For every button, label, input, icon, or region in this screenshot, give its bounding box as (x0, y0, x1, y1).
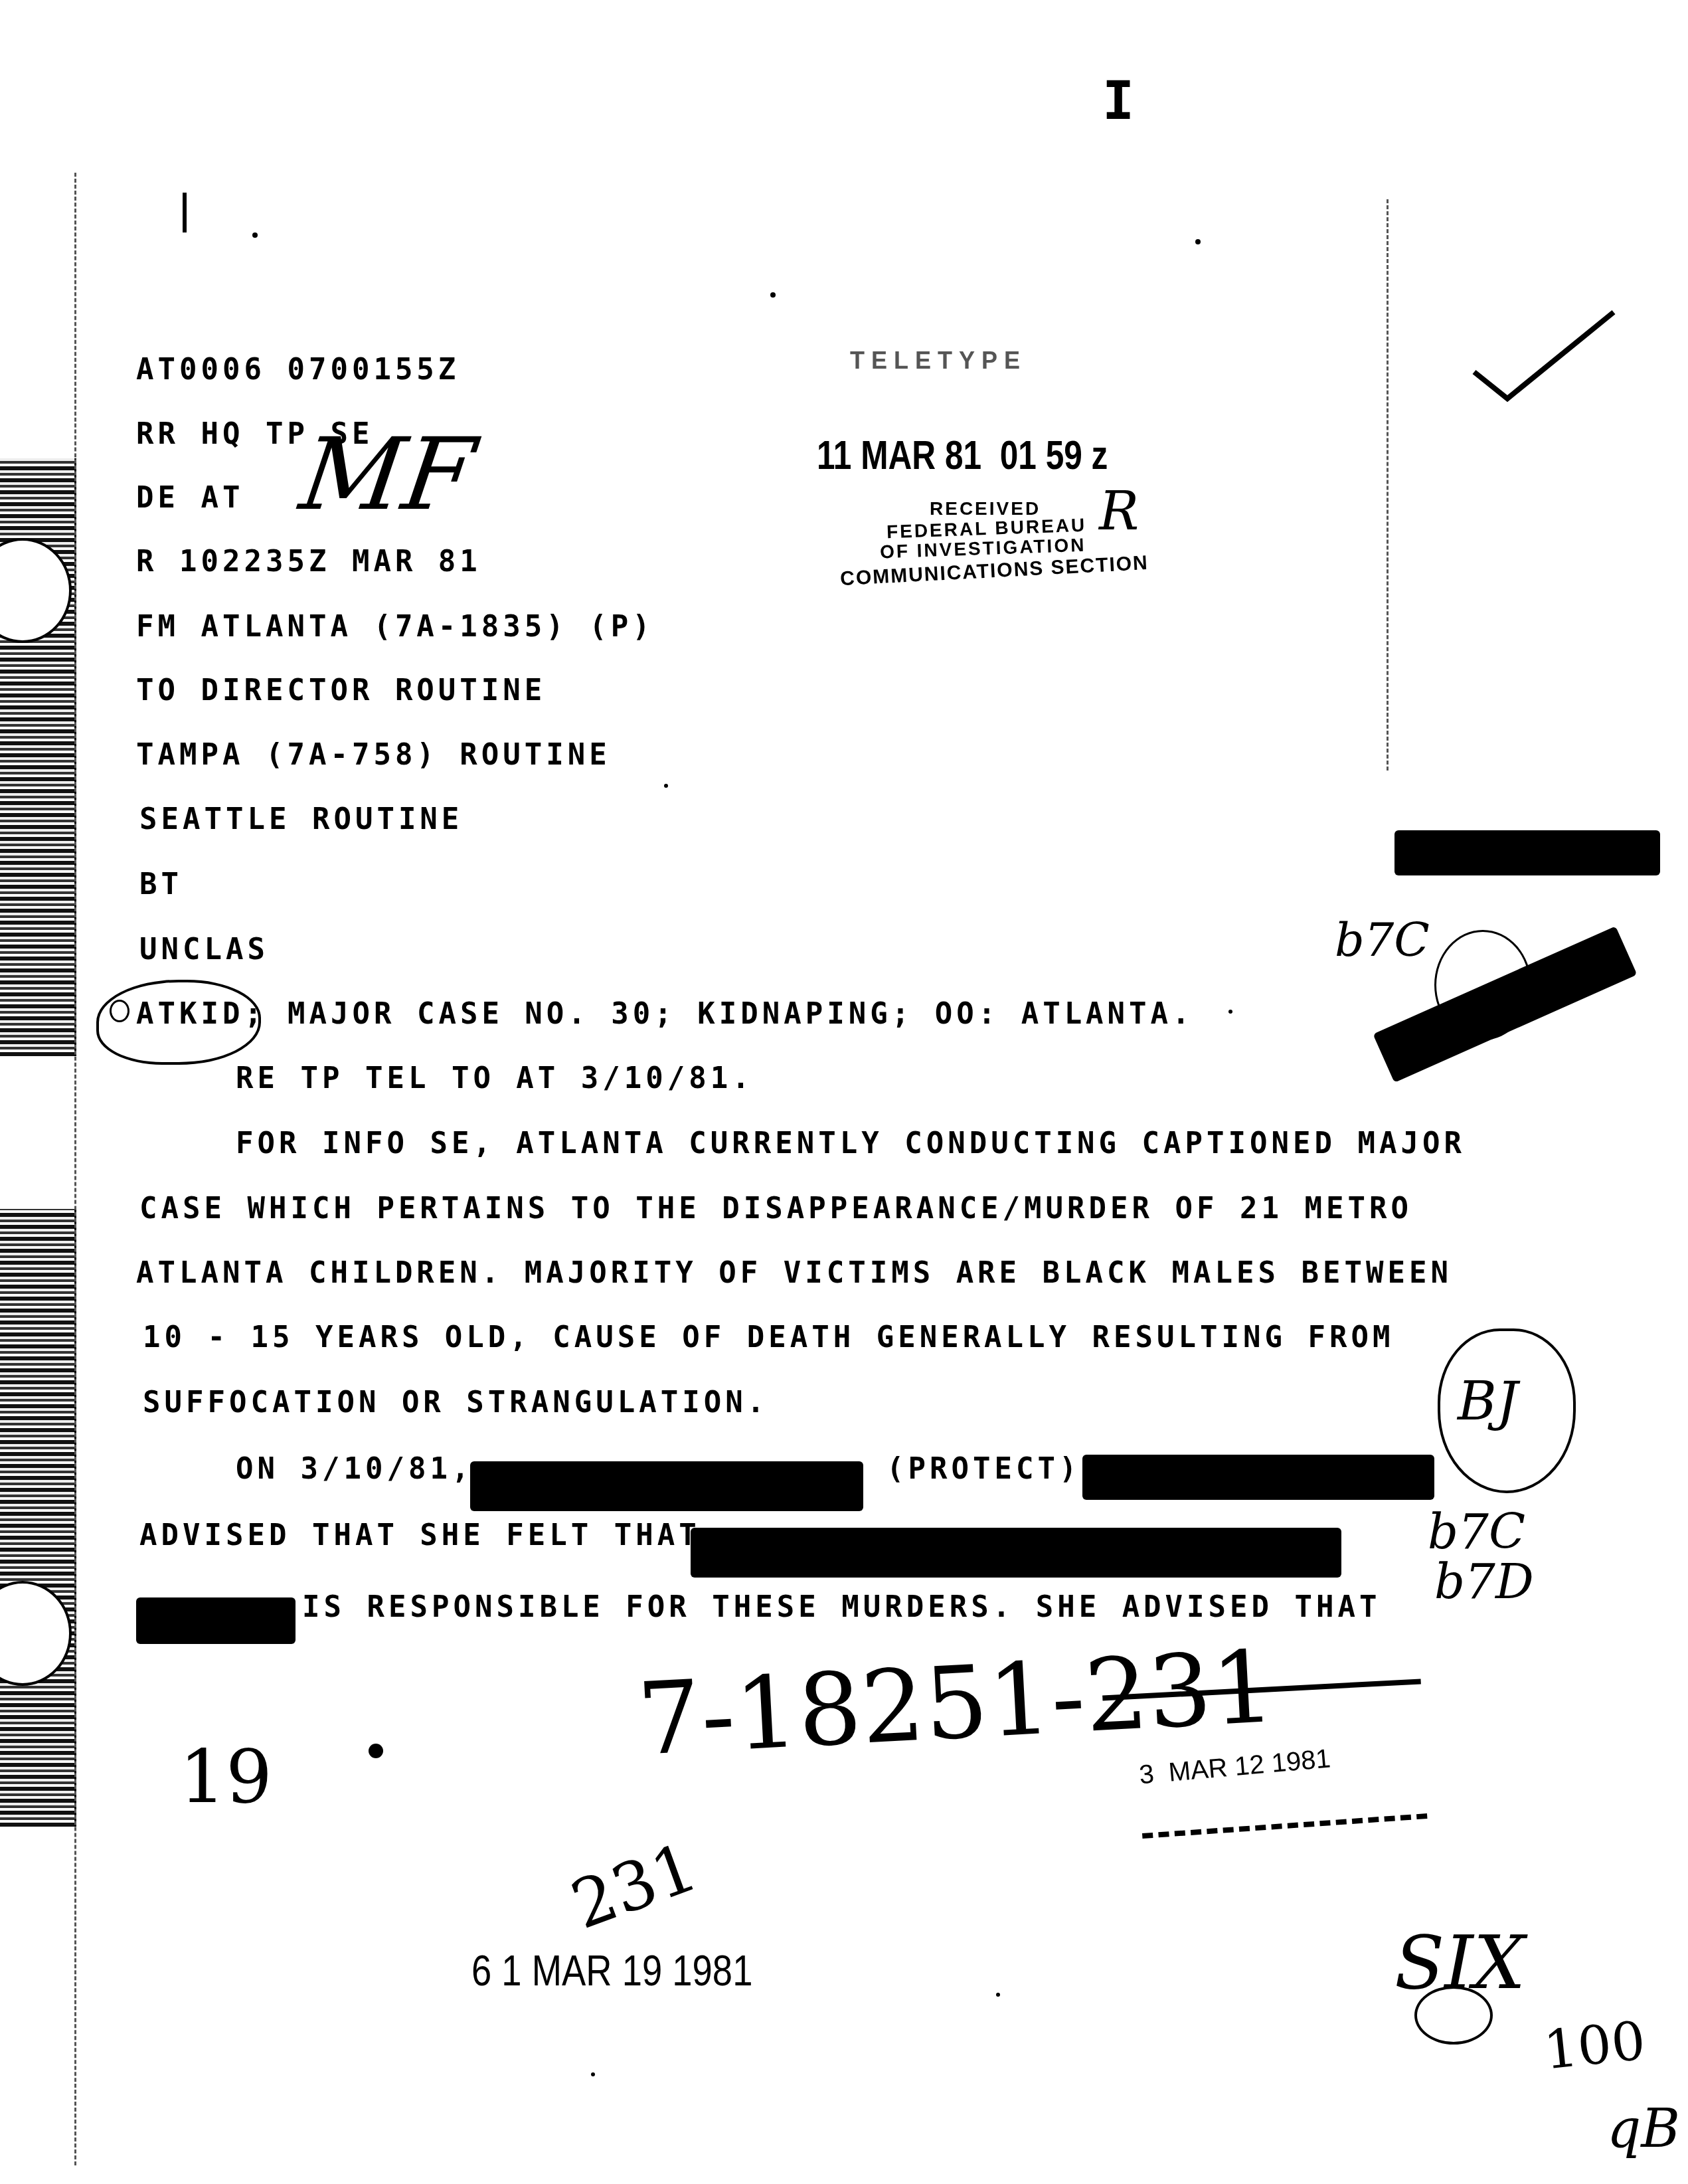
left-page-edge (74, 173, 76, 2165)
body-line: FOR INFO SE, ATLANTA CURRENTLY CONDUCTIN… (236, 1129, 1466, 1158)
handwritten-stamp-initials: R (1099, 485, 1139, 538)
bottom-initials-loop (1414, 1986, 1493, 2045)
speck (591, 2072, 595, 2076)
header-line-from: FM ATLANTA (7A-1835) (P) (136, 612, 654, 642)
speck (1228, 1010, 1232, 1014)
body-line: ATLANTA CHILDREN. MAJORITY OF VICTIMS AR… (136, 1259, 1452, 1288)
redaction-block-margin (1394, 830, 1660, 875)
body-line-advised: ADVISED THAT SHE FELT THAT (139, 1521, 701, 1550)
body-line-responsible: IS RESPONSIBLE FOR THESE MURDERS. SHE AD… (302, 1593, 1381, 1622)
speck (770, 292, 776, 298)
header-line-seattle: SEATTLE ROUTINE (139, 805, 463, 834)
redaction-block (136, 1597, 295, 1644)
caption-circle-mark (110, 1000, 129, 1022)
header-line-bt: BT (139, 870, 183, 899)
stamp-teletype-label: TELETYPE (850, 349, 1027, 373)
handwritten-serial-mark: 19 (179, 1740, 272, 1813)
speck (664, 784, 668, 788)
speck (252, 232, 258, 238)
page-mark: I (1102, 74, 1138, 128)
handwritten-initials-mf: MF (295, 425, 480, 525)
handwritten-file-number: 7-18251-231 (635, 1637, 1278, 1770)
caption-title: ; MAJOR CASE NO. 30; KIDNAPING; OO: ATLA… (244, 1000, 1194, 1029)
header-line-de: DE AT (136, 484, 244, 513)
ink-dot (369, 1744, 383, 1758)
handwritten-bottom-number: 100 (1541, 2014, 1647, 2078)
caption-circled-code: ATKID (136, 1000, 244, 1029)
check-mark-icon (1461, 292, 1620, 412)
filed-date-stamp: 3 MAR 12 1981 (1138, 1745, 1331, 1788)
redaction-block (691, 1528, 1341, 1578)
punch-hole (0, 538, 72, 643)
binding-strip-upper (0, 458, 76, 1056)
indexed-date-stamp: 6 1 MAR 19 1981 (471, 1950, 752, 1992)
stamp-received-datetime: 11 MAR 81 01 59 z (817, 435, 1108, 476)
body-line-start: ON 3/10/81, (236, 1455, 473, 1484)
header-line-routing-id: AT0006 0700155Z (136, 355, 460, 385)
body-line: SUFFOCATION OR STRANGULATION. (143, 1388, 768, 1417)
redaction-block (1082, 1455, 1434, 1500)
speck (996, 1993, 1000, 1997)
handwritten-corner-initials: qB (1607, 2102, 1680, 2155)
margin-circled-initials: BJ (1458, 1375, 1518, 1428)
redaction-block (470, 1461, 863, 1511)
margin-note-b7c: b7C (1428, 1508, 1525, 1556)
binding-strip-lower (0, 1209, 76, 1827)
speck (183, 193, 187, 232)
body-line-protect: (PROTECT), (886, 1455, 1102, 1484)
margin-note-b7d: b7D (1434, 1558, 1534, 1605)
speck (1195, 239, 1201, 244)
punch-hole (0, 1581, 72, 1686)
header-line-datetime: R 102235Z MAR 81 (136, 547, 481, 577)
margin-note-b7c-top: b7C (1335, 917, 1430, 963)
body-line: 10 - 15 YEARS OLD, CAUSE OF DEATH GENERA… (143, 1323, 1394, 1352)
header-line-to: TO DIRECTOR ROUTINE (136, 676, 546, 705)
right-margin-box-edge (1387, 199, 1389, 771)
header-line-classification: UNCLAS (139, 935, 269, 964)
reference-line: RE TP TEL TO AT 3/10/81. (236, 1064, 754, 1093)
handwritten-serial-over-date: 231 (564, 1833, 706, 1939)
body-line: CASE WHICH PERTAINS TO THE DISAPPEARANCE… (139, 1194, 1412, 1224)
stamp-received-line: RECEIVED (930, 500, 1041, 518)
margin-note-circle (1434, 930, 1531, 1040)
header-line-tampa: TAMPA (7A-758) ROUTINE (136, 741, 611, 770)
stamp-underline (1142, 1813, 1428, 1844)
